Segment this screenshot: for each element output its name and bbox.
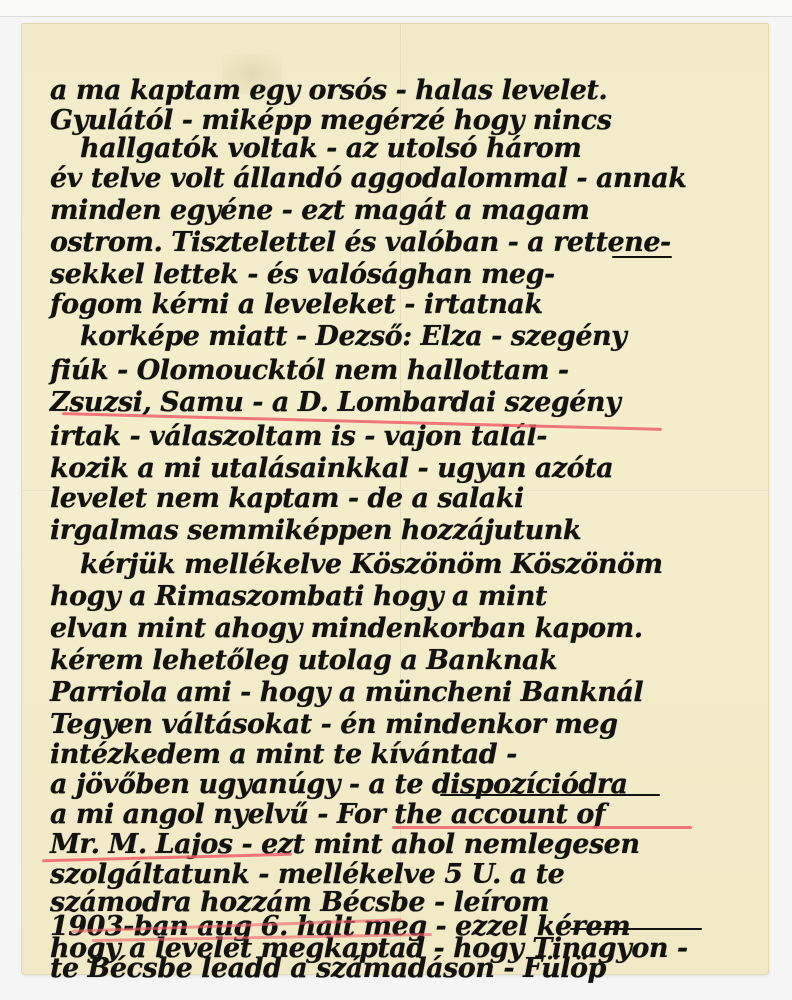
ink-underline xyxy=(570,928,702,930)
text-line: korképe miatt - Dezső: Elza - szegény xyxy=(80,318,780,356)
letter-page: a ma kaptam egy orsós - halas levelet. G… xyxy=(22,24,768,974)
scanner-bed-edge xyxy=(0,0,792,17)
text-line: irgalmas semmiképpen hozzájutunk xyxy=(50,512,750,550)
ink-underline xyxy=(440,794,660,796)
red-pencil-underline xyxy=(392,826,692,829)
ink-underline xyxy=(612,256,672,258)
handwritten-text-block: a ma kaptam egy orsós - halas levelet. G… xyxy=(22,24,768,974)
text-line: te Bécsbe leadd a számadáson - Fülöp xyxy=(50,950,750,988)
